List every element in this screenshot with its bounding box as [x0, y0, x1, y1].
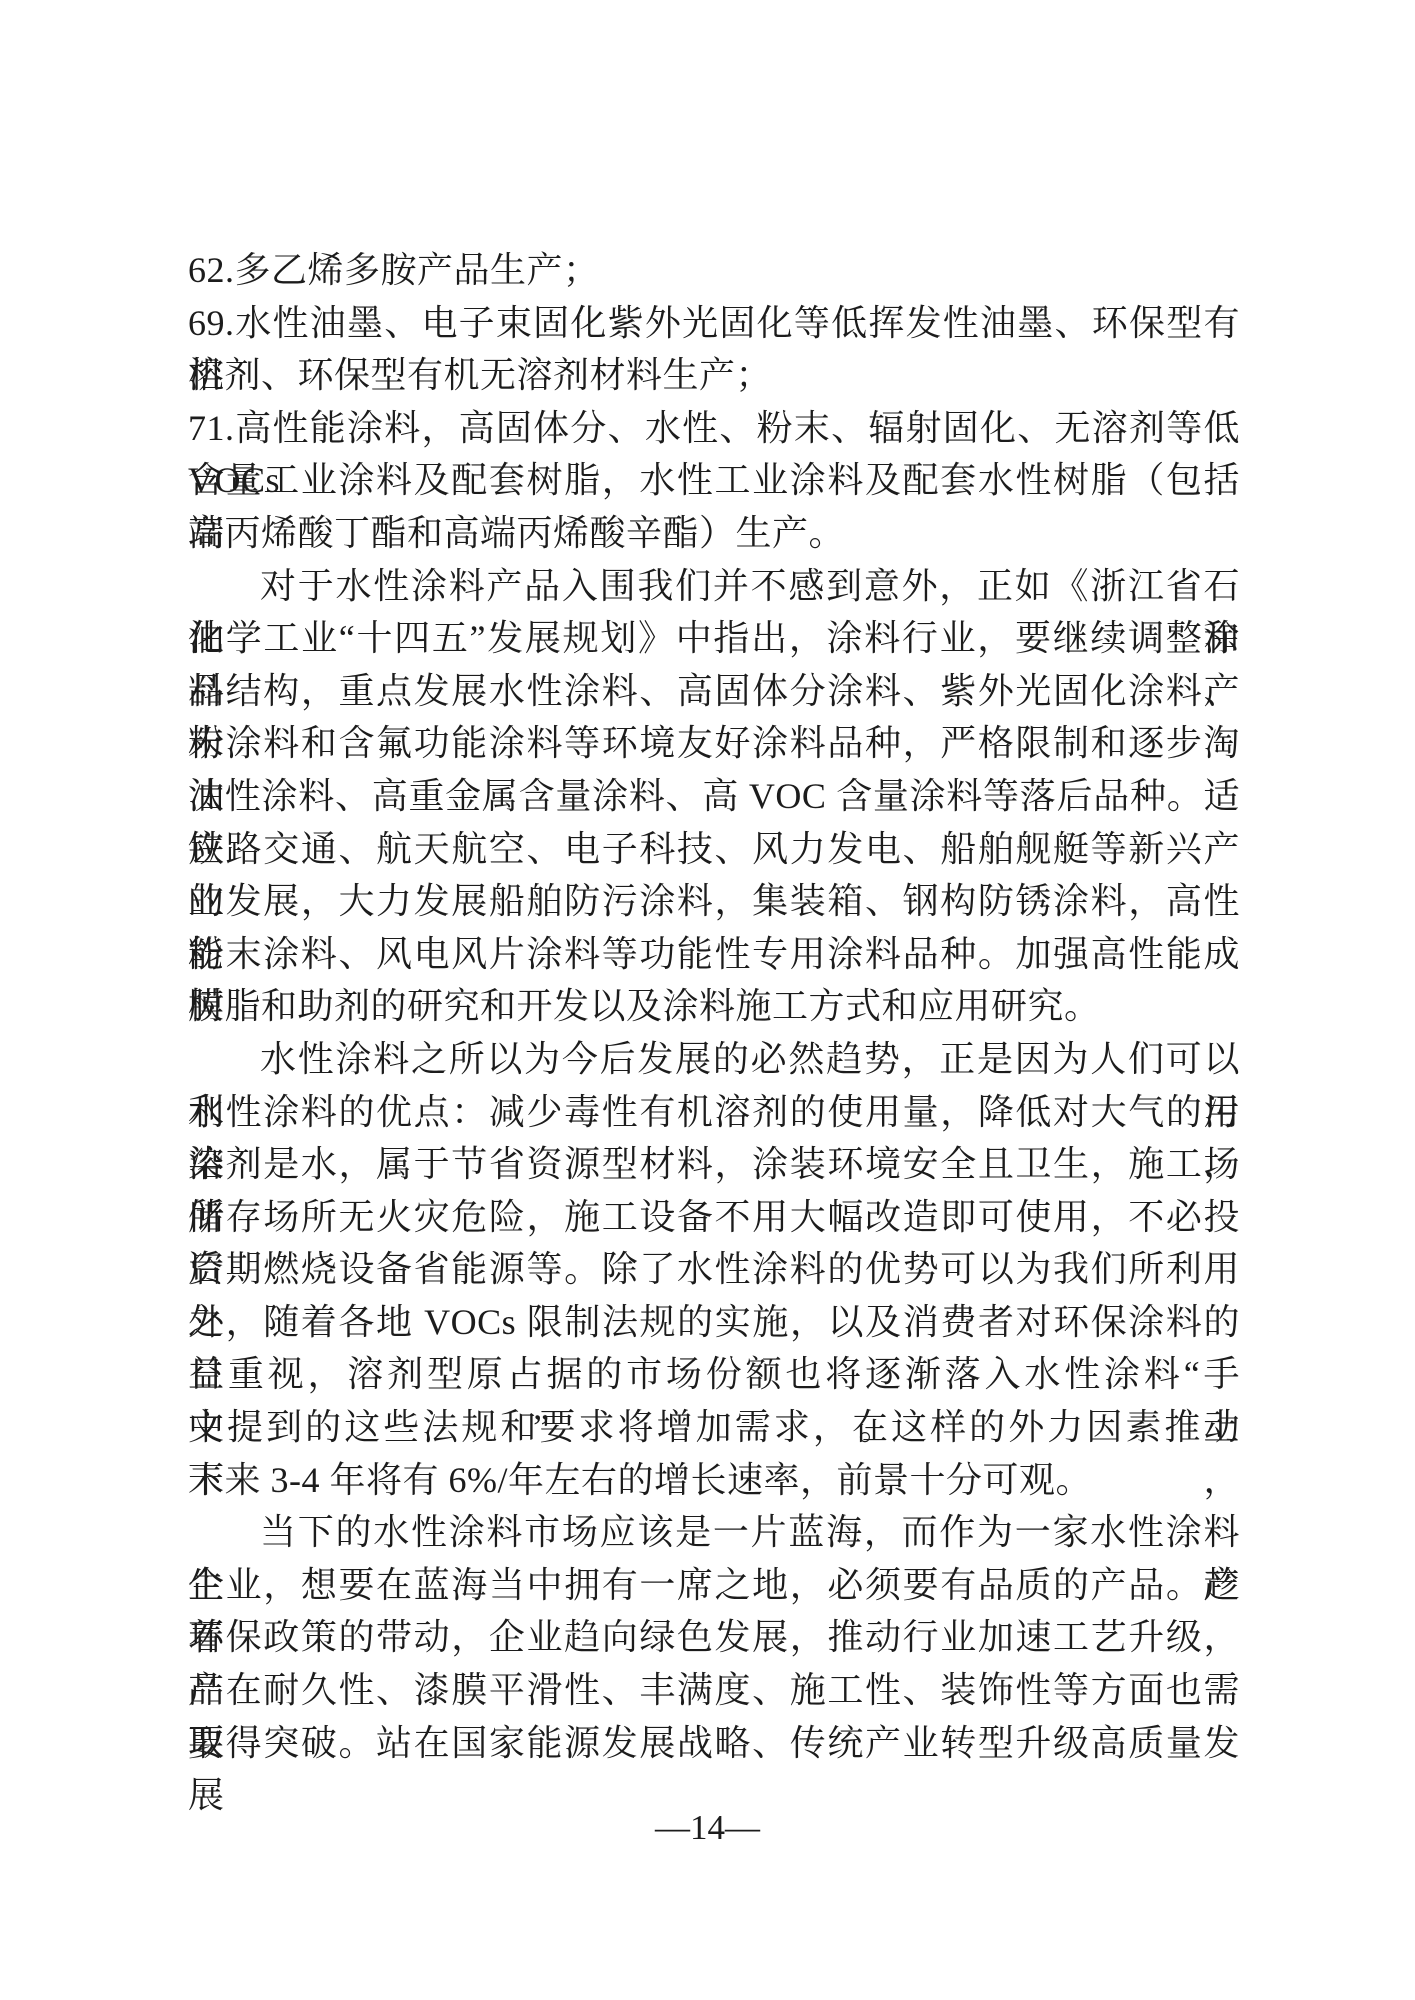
text-line-12: 铁路交通、航天航空、电子科技、风力发电、船舶舰艇等新兴产业: [188, 823, 1240, 876]
text-line-4: 71.高性能涂料，高固体分、水性、粉末、辐射固化、无溶剂等低 VOCs: [188, 402, 1240, 455]
text-line-25: 当下的水性涂料市场应该是一片蓝海，而作为一家水性涂料生产: [188, 1506, 1240, 1559]
text-line-24: 未来 3-4 年将有 6%/年左右的增长速率，前景十分可观。: [188, 1454, 1240, 1507]
text-line-20: 后期燃烧设备省能源等。除了水性涂料的优势可以为我们所利用之: [188, 1243, 1240, 1296]
text-line-28: 品在耐久性、漆膜平滑性、丰满度、施工性、装饰性等方面也需要: [188, 1664, 1240, 1717]
text-line-9: 品结构，重点发展水性涂料、高固体分涂料、紫外光固化涂料、粉: [188, 665, 1240, 718]
text-line-22: 益重视，溶剂型原占据的市场份额也将逐渐落入水性涂料“手中”。上: [188, 1348, 1240, 1401]
text-line-27: 环保政策的带动，企业趋向绿色发展，推动行业加速工艺升级，产: [188, 1611, 1240, 1664]
page-number: —14—: [0, 1806, 1415, 1850]
text-line-14: 粉末涂料、风电风片涂料等功能性专用涂料品种。加强高性能成膜: [188, 928, 1240, 981]
text-line-10: 末涂料和含氟功能涂料等环境友好涂料品种，严格限制和逐步淘汰: [188, 717, 1240, 770]
text-line-5: 含量工业涂料及配套树脂，水性工业涂料及配套水性树脂（包括高: [188, 454, 1240, 507]
text-line-3: 溶剂、环保型有机无溶剂材料生产；: [188, 349, 1240, 402]
text-line-18: 溶剂是水，属于节省资源型材料，涂装环境安全且卫生，施工场所: [188, 1138, 1240, 1191]
text-line-29: 取得突破。站在国家能源发展战略、传统产业转型升级高质量发展: [188, 1717, 1240, 1770]
text-line-6: 端丙烯酸丁酯和高端丙烯酸辛酯）生产。: [188, 507, 1240, 560]
document-page: 62.多乙烯多胺产品生产；69.水性油墨、电子束固化紫外光固化等低挥发性油墨、环…: [0, 0, 1415, 2000]
text-line-23: 文提到的这些法规和要求将增加需求，在这样的外力因素推动下，: [188, 1401, 1240, 1454]
text-line-13: 的发展，大力发展船舶防污涂料，集装箱、钢构防锈涂料，高性能: [188, 875, 1240, 928]
text-line-1: 62.多乙烯多胺产品生产；: [188, 244, 1240, 297]
text-line-17: 水性涂料的优点：减少毒性有机溶剂的使用量，降低对大气的污染，: [188, 1086, 1240, 1139]
text-line-2: 69.水性油墨、电子束固化紫外光固化等低挥发性油墨、环保型有机: [188, 297, 1240, 350]
text-block: 62.多乙烯多胺产品生产；69.水性油墨、电子束固化紫外光固化等低挥发性油墨、环…: [188, 244, 1240, 1769]
text-line-11: 油性涂料、高重金属含量涂料、高 VOC 含量涂料等落后品种。适应: [188, 770, 1240, 823]
text-line-26: 企业，想要在蓝海当中拥有一席之地，必须要有品质的产品。趁着: [188, 1559, 1240, 1612]
text-line-8: 化学工业“十四五”发展规划》中指出，涂料行业，要继续调整涂料产: [188, 612, 1240, 665]
text-line-16: 水性涂料之所以为今后发展的必然趋势，正是因为人们可以利用: [188, 1033, 1240, 1086]
text-line-19: 储存场所无火灾危险，施工设备不用大幅改造即可使用，不必投资: [188, 1191, 1240, 1244]
text-line-15: 树脂和助剂的研究和开发以及涂料施工方式和应用研究。: [188, 980, 1240, 1033]
text-line-7: 对于水性涂料产品入围我们并不感到意外，正如《浙江省石油和: [188, 560, 1240, 613]
text-line-21: 外，随着各地 VOCs 限制法规的实施，以及消费者对环保涂料的日: [188, 1296, 1240, 1349]
